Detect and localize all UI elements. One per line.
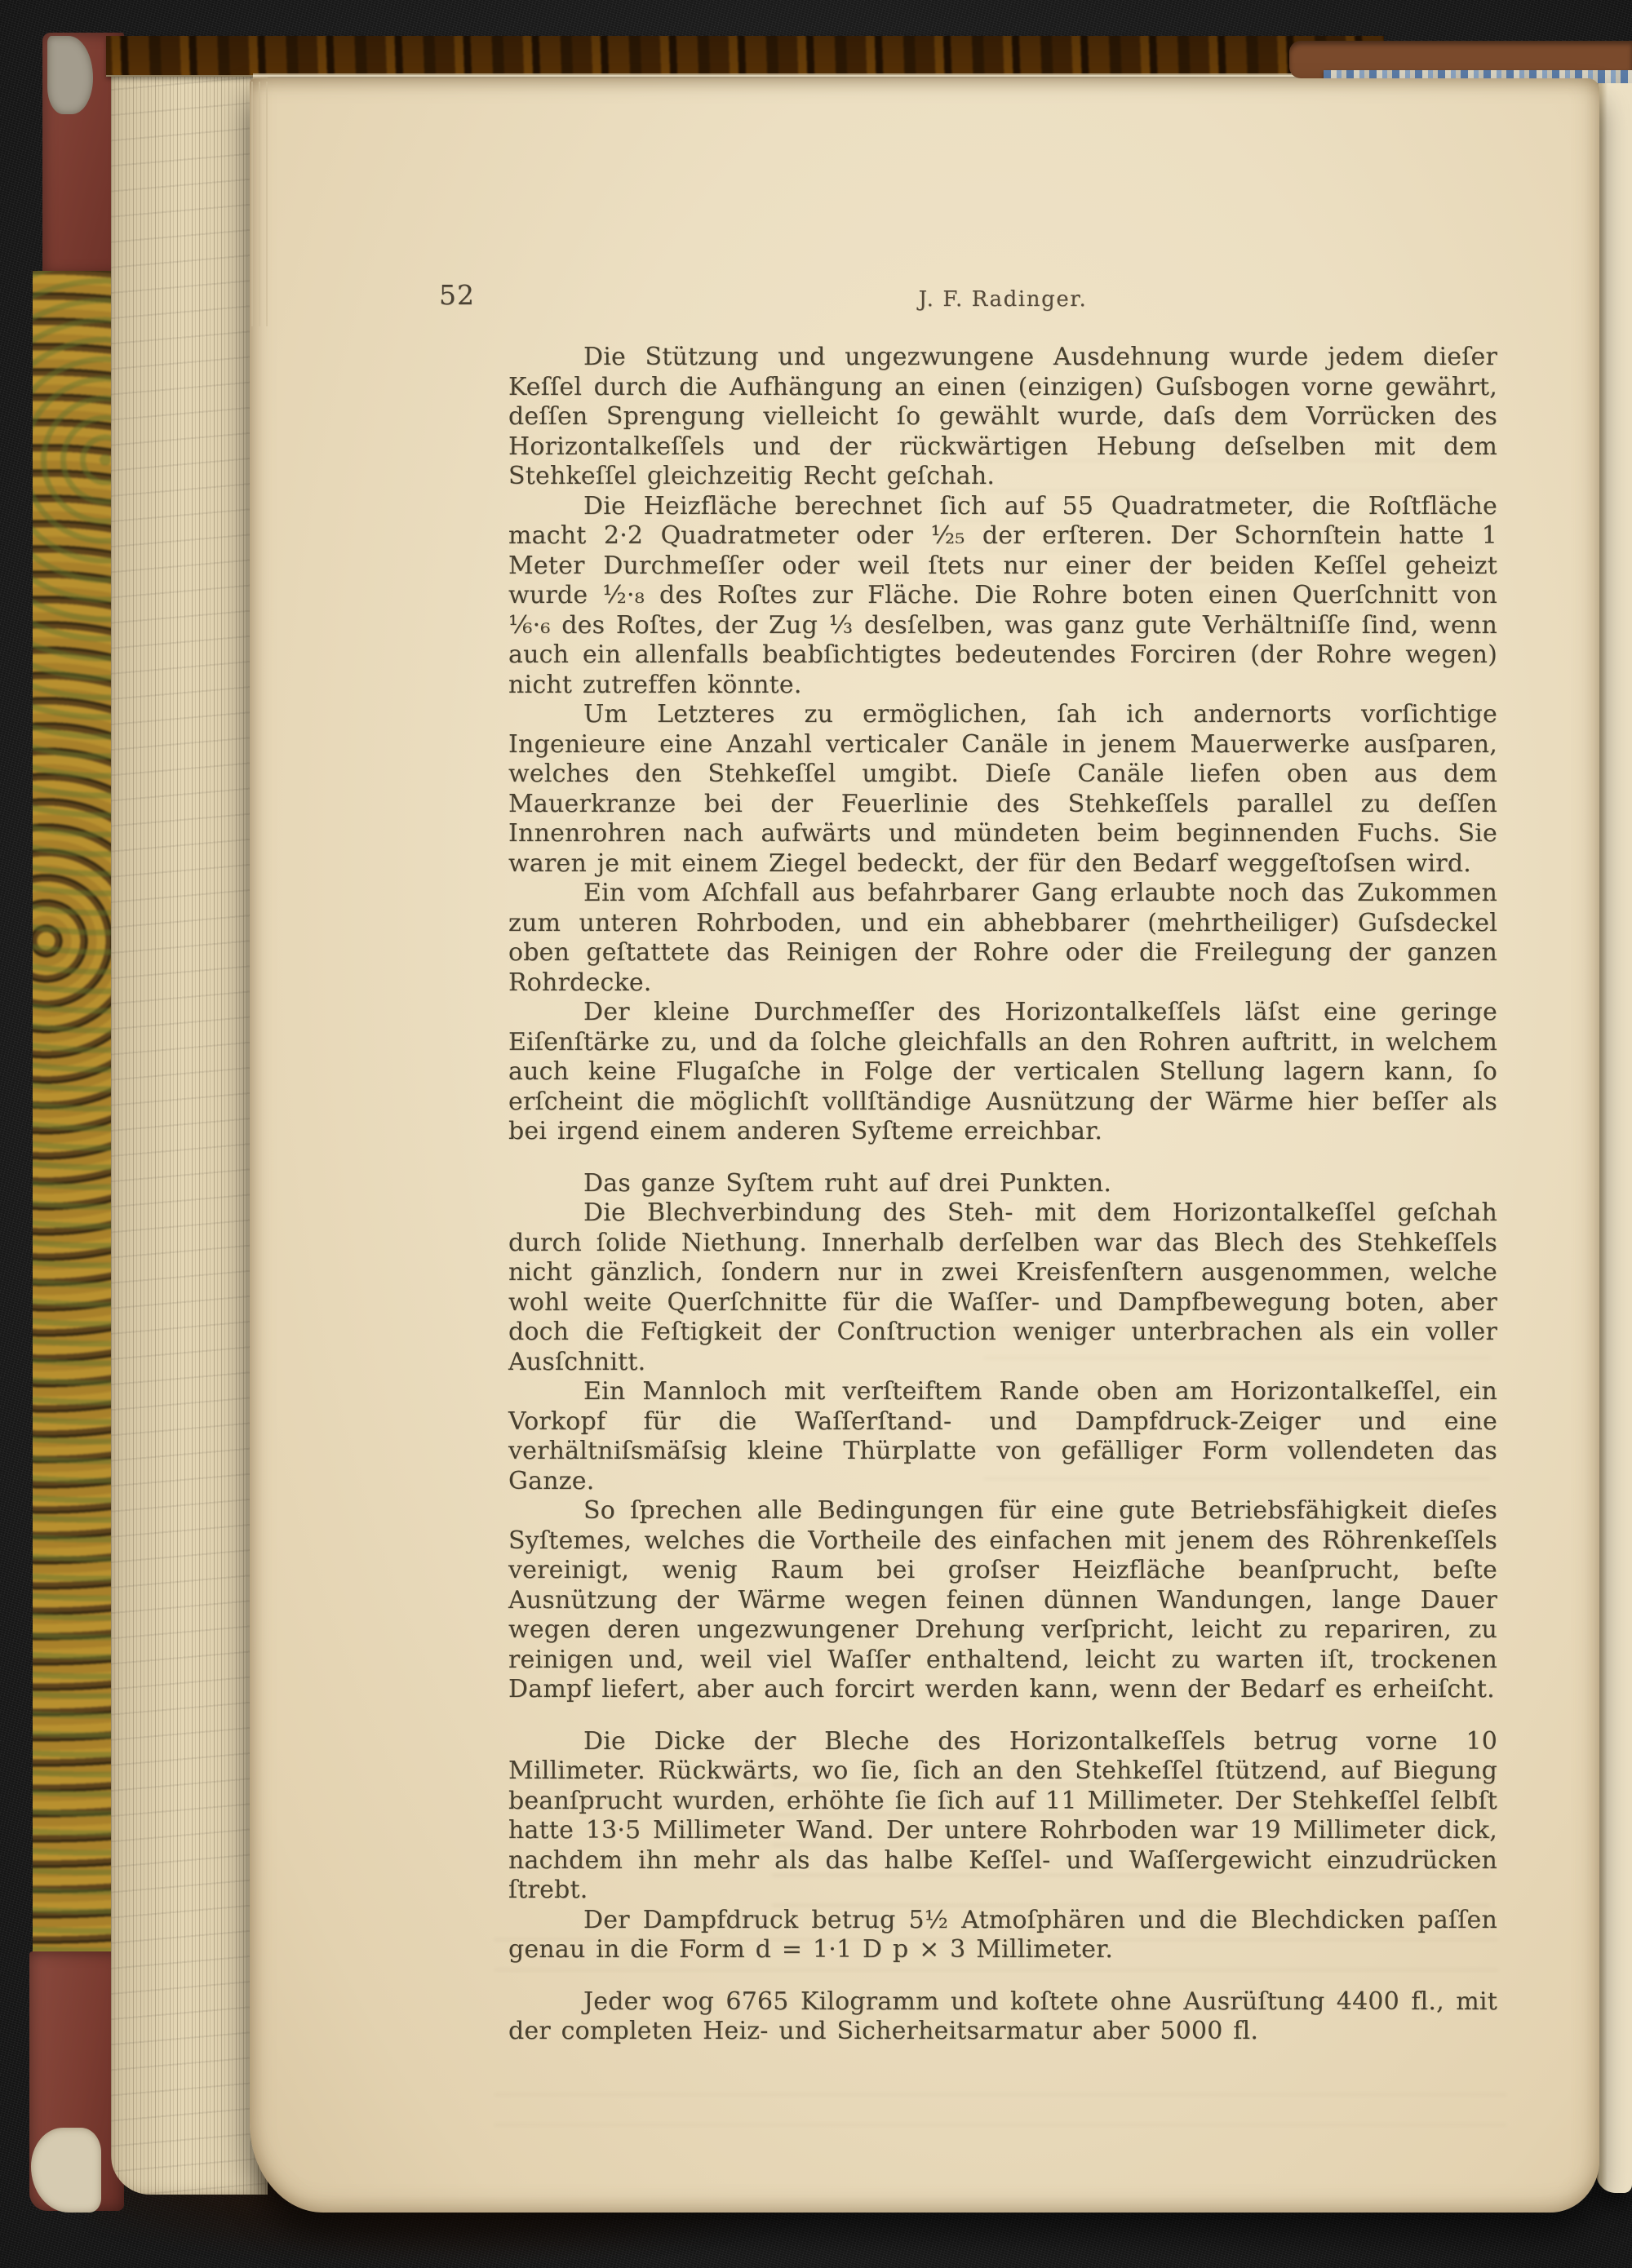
marble-texture — [33, 271, 116, 1955]
right-page-fold — [1596, 83, 1632, 2193]
marbled-top-edge-band — [106, 36, 1384, 77]
paragraph: Die Blechverbindung des Steh- mit dem Ho… — [508, 1198, 1497, 1377]
paragraph: Der Dampfdruck betrug 5½ Atmoſphären und… — [508, 1906, 1497, 1965]
book-page: 52 J. F. Radinger. Die Stützung und unge… — [250, 78, 1599, 2213]
paragraph: Ein vom Aſchfall aus befahrbarer Gang er… — [508, 879, 1497, 998]
fanned-page-stack — [111, 64, 268, 2195]
paragraph: Um Letzteres zu ermöglichen, ſah ich and… — [508, 700, 1497, 879]
paragraph: Ein Mannloch mit verſteiftem Rande oben … — [508, 1377, 1497, 1496]
photo-background: 52 J. F. Radinger. Die Stützung und unge… — [0, 0, 1632, 2268]
bleed-through-text — [494, 2093, 1506, 2142]
running-header: J. F. Radinger. — [508, 287, 1497, 312]
paragraph: So ſprechen alle Bedingungen für eine gu… — [508, 1496, 1497, 1705]
paragraph: Jeder wog 6765 Kilogramm und koſtete ohn… — [508, 1987, 1497, 2047]
paragraph: Die Stützung und ungezwungene Ausdehnung… — [508, 343, 1497, 492]
underlying-page-edges — [251, 82, 273, 326]
marbled-cover-strip — [33, 271, 116, 1955]
paragraph: Die Dicke der Bleche des Horizontalkeſſe… — [508, 1727, 1497, 1906]
page-number: 52 — [439, 279, 475, 311]
top-edge-texture — [106, 36, 1384, 77]
paragraph: Der kleine Durchmeſſer des Horizontalkeſ… — [508, 998, 1497, 1147]
body-text: Die Stützung und ungezwungene Ausdehnung… — [508, 343, 1497, 2047]
paragraph: Das ganze Syſtem ruht auf drei Punkten. — [508, 1169, 1497, 1199]
paragraph: Die Heizfläche berechnet ſich auf 55 Qua… — [508, 492, 1497, 701]
